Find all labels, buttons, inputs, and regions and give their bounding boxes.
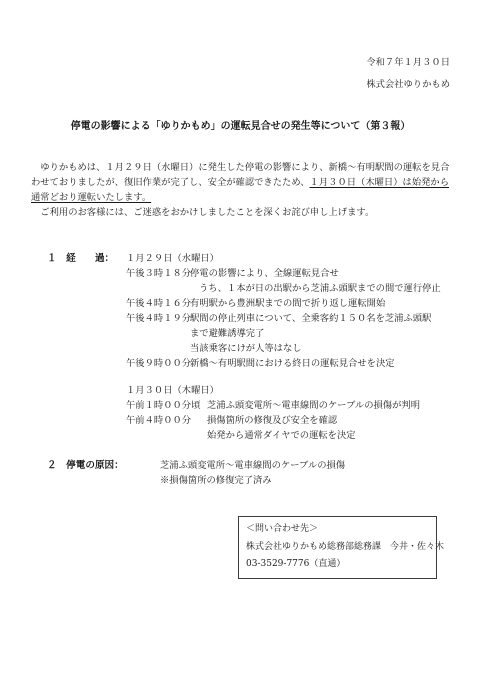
contact-department: 株式会社ゆりかもめ総務部総務課 今井・佐々木 [246,539,432,557]
press-release-page: 令和７年１月３０日 株式会社ゆりかもめ 停電の影響による「ゆりかもめ」の運転見合… [0,0,490,692]
cause-body: 芝浦ふ頭変電所～電車線間のケーブルの損傷 ※損傷箇所の修復完了済み [160,458,450,488]
event-time [126,281,190,296]
timeline-row: 当該乗客にけが人等はなし [126,341,450,356]
timeline-row: 午前４時００分 損傷箇所の修復及び安全を確認 [126,413,450,428]
event-time [126,326,190,341]
event-time: 午前１時００分頃 [126,398,207,413]
event-text: まで避難誘導完了 [190,326,264,341]
paragraph-line: 通常どおり運転いたします。 [31,190,450,205]
event-text: 損傷箇所の修復及び安全を確認 [207,413,337,428]
document-header: 令和７年１月３０日 株式会社ゆりかもめ [31,52,450,96]
timeline-body: １月２９日（水曜日） 午後３時１８分 停電の影響により、全線運転見合せ うち、１… [126,251,450,443]
timeline-row: まで避難誘導完了 [126,326,450,341]
timeline-row: 午後４時１９分 駅間の停止列車について、全乗客約１５０名を芝浦ふ頭駅 [126,311,450,326]
event-time [126,341,190,356]
paragraph-line: わせておりましたが、復旧作業が完了し、安全が確認できたため、１月３０日（木曜日）… [31,175,450,190]
event-text: 有明駅から豊洲駅までの間で折り返し運転開始 [190,296,385,311]
document-title: 停電の影響による「ゆりかもめ」の運転見合せの発生等について（第３報） [31,120,450,134]
company-name: 株式会社ゆりかもめ [31,74,450,96]
section-2-label: ２ 停電の原因： [31,458,160,488]
timeline-row: うち、１本が日の出駅から芝浦ふ頭駅までの間で運行停止 [126,281,450,296]
cause-text: 芝浦ふ頭変電所～電車線間のケーブルの損傷 [160,458,450,473]
issue-date: 令和７年１月３０日 [31,52,450,74]
event-text: 芝浦ふ頭変電所～電車線間のケーブルの損傷が判明 [207,398,420,413]
event-text: 当該乗客にけが人等はなし [190,341,302,356]
lead-paragraph: ゆりかもめは、１月２９日（水曜日）に発生した停電の影響により、新橋～有明駅間の運… [31,160,450,220]
event-time: 午後４時１６分 [126,296,190,311]
event-text: 停電の影響により、全線運転見合せ [190,266,339,281]
section-1-label: １ 経 過： [31,251,126,443]
event-text: 新橋～有明駅間における終日の運転見合せを決定 [190,356,395,371]
paragraph-line: ゆりかもめは、１月２９日（水曜日）に発生した停電の影響により、新橋～有明駅間の運… [31,160,450,175]
event-text: 始発から通常ダイヤでの運転を決定 [207,428,356,443]
underlined-notice: 通常どおり運転いたします。 [31,192,151,203]
event-time: 午前４時００分 [126,413,207,428]
event-time: 午後９時００分 [126,356,190,371]
timeline-date-jan29: １月２９日（水曜日） [126,251,450,266]
timeline-row: 午前１時００分頃 芝浦ふ頭変電所～電車線間のケーブルの損傷が判明 [126,398,450,413]
timeline-row: 午後３時１８分 停電の影響により、全線運転見合せ [126,266,450,281]
timeline-date-jan30: １月３０日（木曜日） [126,383,450,398]
paragraph-text: わせておりましたが、復旧作業が完了し、安全が確認できたため、 [31,177,310,188]
event-time: 午後４時１９分 [126,311,190,326]
contact-phone: 03-3529-7776（直通） [246,556,432,574]
section-cause: ２ 停電の原因： 芝浦ふ頭変電所～電車線間のケーブルの損傷 ※損傷箇所の修復完了… [31,458,450,488]
event-text: うち、１本が日の出駅から芝浦ふ頭駅までの間で運行停止 [190,281,441,296]
timeline-row: 始発から通常ダイヤでの運転を決定 [126,428,450,443]
contact-heading: ＜問い合わせ先＞ [246,521,432,539]
cause-note: ※損傷箇所の修復完了済み [160,473,450,488]
timeline-row: 午後４時１６分 有明駅から豊洲駅までの間で折り返し運転開始 [126,296,450,311]
event-time [126,428,207,443]
timeline-row: 午後９時００分 新橋～有明駅間における終日の運転見合せを決定 [126,356,450,371]
underlined-notice: １月３０日（木曜日）は始発から [310,177,449,188]
section-timeline: １ 経 過： １月２９日（水曜日） 午後３時１８分 停電の影響により、全線運転見… [31,251,450,443]
contact-box: ＜問い合わせ先＞ 株式会社ゆりかもめ総務部総務課 今井・佐々木 03-3529-… [238,516,437,579]
event-text: 駅間の停止列車について、全乗客約１５０名を芝浦ふ頭駅 [190,311,431,326]
event-time: 午後３時１８分 [126,266,190,281]
paragraph-line: ご利用のお客様には、ご迷惑をおかけしましたことを深くお詫び申し上げます。 [31,205,450,220]
